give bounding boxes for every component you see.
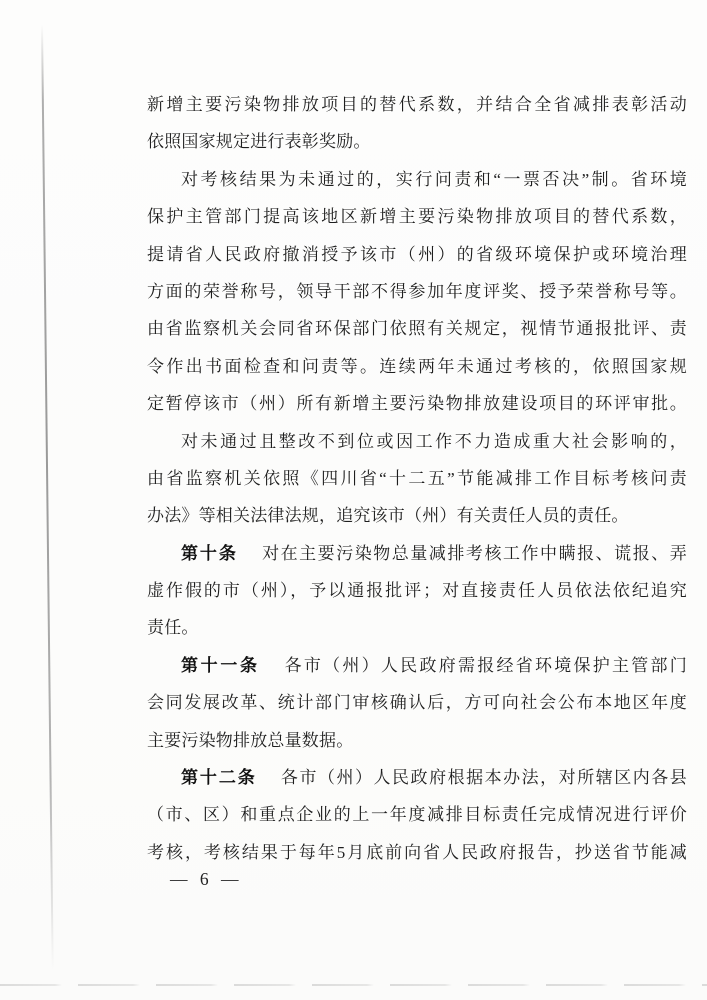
line-text: 依照国家规定进行表彰奖励。: [147, 132, 371, 151]
text-line: 令作出书面检查和问责等。连续两年未通过考核的，依照国家规: [147, 348, 687, 385]
text-line: 对未通过且整改不到位或因工作不力造成重大社会影响的，: [147, 423, 687, 460]
text-line: 由省监察机关会同省环保部门依照有关规定，视情节通报批评、责: [147, 310, 687, 347]
line-text: 办法》等相关法律法规，追究该市（州）有关责任人员的责任。: [147, 506, 629, 525]
text-line: 对考核结果为未通过的，实行问责和“一票否决”制。省环境: [147, 161, 687, 198]
text-line: 第十二条各市（州）人民政府根据本办法，对所辖区内各县: [147, 759, 687, 796]
text-line: 会同发展改革、统计部门审核确认后，方可向社会公布本地区年度: [147, 684, 687, 721]
line-text: 由省监察机关会同省环保部门依照有关规定，视情节通报批评、责: [147, 319, 687, 338]
article-number: 第十二条: [181, 768, 257, 787]
text-line: 第十条对在主要污染物总量减排考核工作中瞒报、谎报、弄: [147, 535, 687, 572]
line-text: 由省监察机关依照《四川省“十二五”节能减排工作目标考核问责: [147, 469, 687, 488]
document-body: 新增主要污染物排放项目的替代系数，并结合全省减排表彰活动依照国家规定进行表彰奖励…: [147, 86, 687, 871]
text-line: （市、区）和重点企业的上一年度减排目标责任完成情况进行评价: [147, 796, 687, 833]
text-line: 责任。: [147, 609, 687, 646]
text-line: 方面的荣誉称号，领导干部不得参加年度评奖、授予荣誉称号等。: [147, 273, 687, 310]
line-text: 保护主管部门提高该地区新增主要污染物排放项目的替代系数，: [147, 207, 687, 226]
text-line: 主要污染物排放总量数据。: [147, 722, 687, 759]
page-number: — 6 —: [170, 864, 243, 894]
line-text: 方面的荣誉称号，领导干部不得参加年度评奖、授予荣誉称号等。: [147, 282, 687, 301]
line-text: 新增主要污染物排放项目的替代系数，并结合全省减排表彰活动: [147, 95, 687, 114]
line-text: 考核，考核结果于每年5月底前向省人民政府报告，抄送省节能减: [147, 843, 687, 862]
text-line: 定暂停该市（州）所有新增主要污染物排放建设项目的环评审批。: [147, 385, 687, 422]
line-text: 主要污染物排放总量数据。: [147, 731, 353, 750]
line-text: 对考核结果为未通过的，实行问责和“一票否决”制。省环境: [181, 170, 687, 189]
line-text: 会同发展改革、统计部门审核确认后，方可向社会公布本地区年度: [147, 693, 687, 712]
line-text: （市、区）和重点企业的上一年度减排目标责任完成情况进行评价: [147, 805, 687, 824]
text-line: 办法》等相关法律法规，追究该市（州）有关责任人员的责任。: [147, 497, 687, 534]
article-number: 第十一条: [181, 656, 260, 675]
article-number: 第十条: [181, 544, 238, 563]
line-text: 责任。: [147, 618, 199, 637]
text-line: 提请省人民政府撤消授予该市（州）的省级环境保护或环境治理: [147, 236, 687, 273]
line-text: 各市（州）人民政府根据本办法，对所辖区内各县: [280, 768, 687, 787]
scanned-page: 新增主要污染物排放项目的替代系数，并结合全省减排表彰活动依照国家规定进行表彰奖励…: [0, 0, 707, 1000]
scan-edge-line-bottom: [0, 984, 707, 986]
line-text: 定暂停该市（州）所有新增主要污染物排放建设项目的环评审批。: [147, 394, 687, 413]
line-text: 对在主要污染物总量减排考核工作中瞒报、谎报、弄: [261, 544, 687, 563]
line-text: 提请省人民政府撤消授予该市（州）的省级环境保护或环境治理: [147, 245, 687, 264]
line-text: 令作出书面检查和问责等。连续两年未通过考核的，依照国家规: [147, 357, 687, 376]
text-line: 由省监察机关依照《四川省“十二五”节能减排工作目标考核问责: [147, 460, 687, 497]
text-line: 新增主要污染物排放项目的替代系数，并结合全省减排表彰活动: [147, 86, 687, 123]
line-text: 对未通过且整改不到位或因工作不力造成重大社会影响的，: [181, 432, 687, 451]
scan-edge-line-left: [41, 25, 53, 970]
text-line: 依照国家规定进行表彰奖励。: [147, 123, 687, 160]
line-text: 虚作假的市（州），予以通报批评；对直接责任人员依法依纪追究: [147, 581, 687, 600]
text-line: 保护主管部门提高该地区新增主要污染物排放项目的替代系数，: [147, 198, 687, 235]
text-line: 虚作假的市（州），予以通报批评；对直接责任人员依法依纪追究: [147, 572, 687, 609]
line-text: 各市（州）人民政府需报经省环境保护主管部门: [283, 656, 687, 675]
text-line: 第十一条各市（州）人民政府需报经省环境保护主管部门: [147, 647, 687, 684]
